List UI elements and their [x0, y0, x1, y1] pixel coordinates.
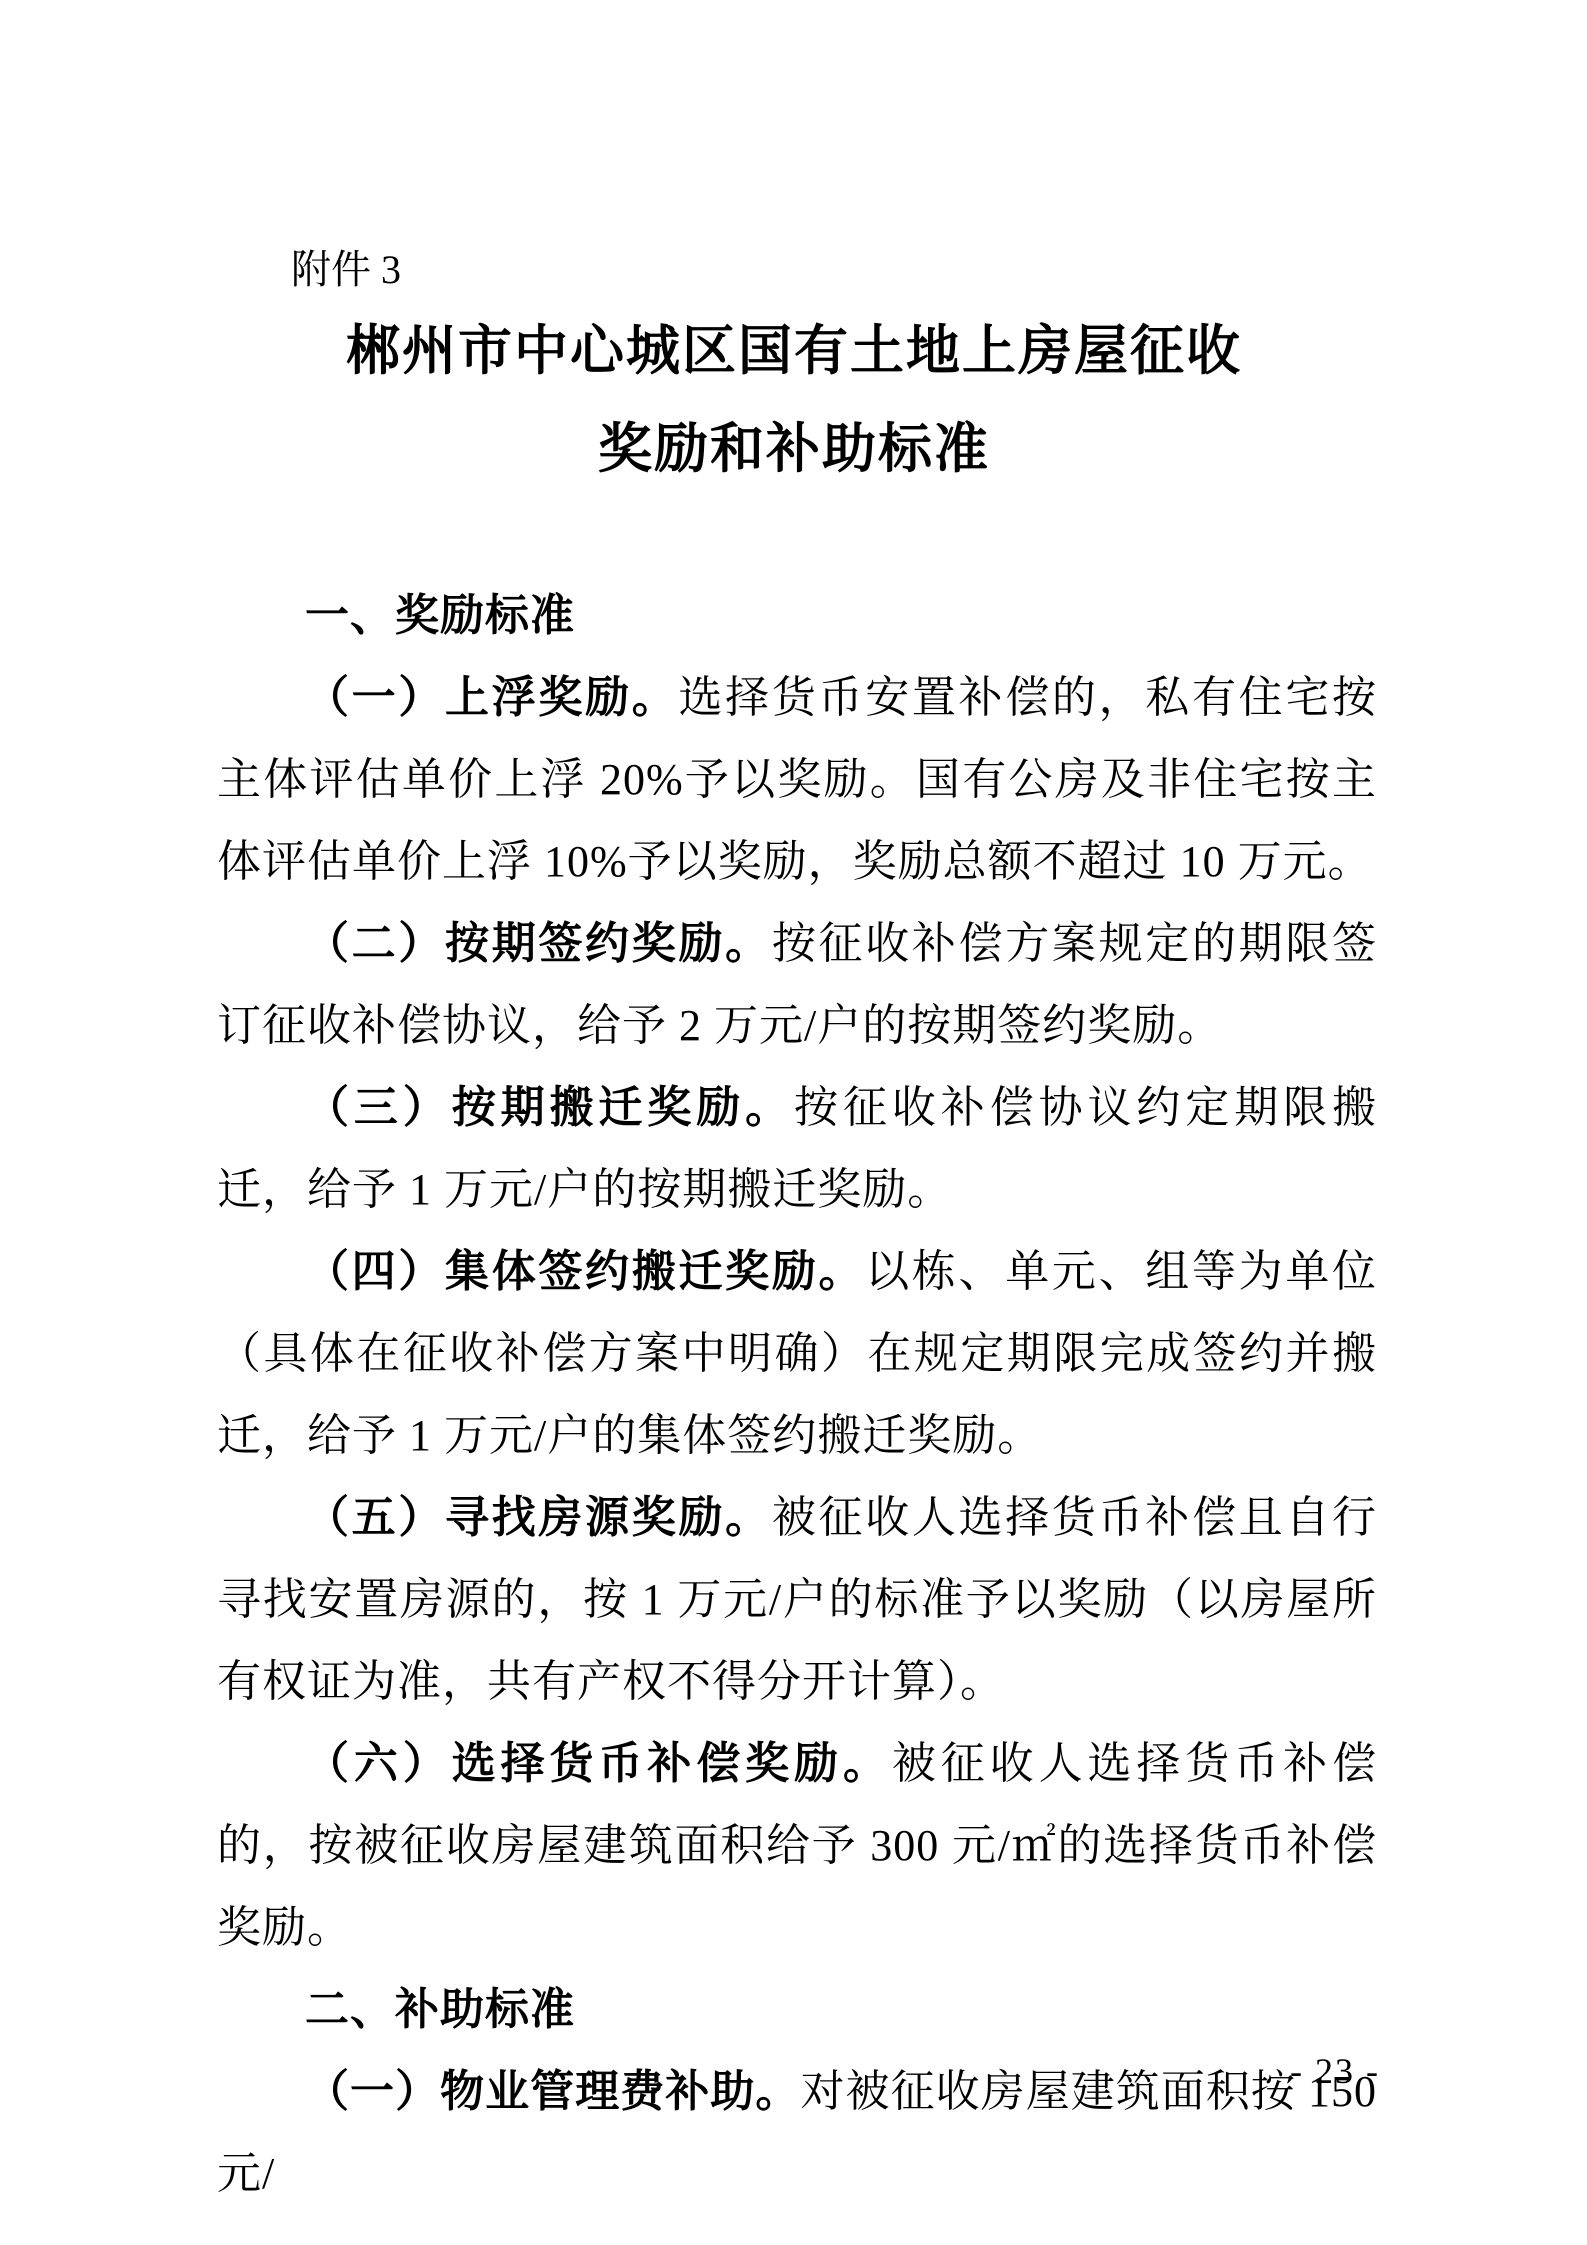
page-number: - 23 -	[1290, 2048, 1380, 2094]
paragraph-reward-2: （二）按期签约奖励。按征收补偿方案规定的期限签订征收补偿协议，给予 2 万元/户…	[217, 903, 1377, 1067]
paragraph-reward-4: （四）集体签约搬迁奖励。以栋、单元、组等为单位（具体在征收补偿方案中明确）在规定…	[217, 1231, 1377, 1477]
paragraph-lead: （三）按期搬迁奖励。	[305, 1083, 794, 1132]
paragraph-subsidy-1: （一）物业管理费补助。对被征收房屋建筑面积按 150 元/	[217, 2051, 1377, 2215]
attachment-label: 附件 3	[291, 244, 401, 296]
paragraph-lead: （四）集体签约搬迁奖励。	[305, 1247, 865, 1296]
document-page: 附件 3 郴州市中心城区国有土地上房屋征收 奖励和补助标准 一、奖励标准 （一）…	[0, 0, 1587, 2245]
paragraph-reward-6: （六）选择货币补偿奖励。被征收人选择货币补偿的，按被征收房屋建筑面积给予 300…	[217, 1723, 1377, 1969]
paragraph-lead: （六）选择货币补偿奖励。	[305, 1739, 892, 1788]
paragraph-lead: （一）物业管理费补助。	[305, 2067, 800, 2116]
paragraph-reward-3: （三）按期搬迁奖励。按征收补偿协议约定期限搬迁，给予 1 万元/户的按期搬迁奖励…	[217, 1067, 1377, 1231]
section-heading-subsidies: 二、补助标准	[217, 1969, 1377, 2051]
document-body: 一、奖励标准 （一）上浮奖励。选择货币安置补偿的，私有住宅按主体评估单价上浮 2…	[217, 575, 1377, 2215]
paragraph-reward-5: （五）寻找房源奖励。被征收人选择货币补偿且自行寻找安置房源的，按 1 万元/户的…	[217, 1477, 1377, 1723]
document-title-line-2: 奖励和补助标准	[214, 400, 1374, 498]
paragraph-lead: （五）寻找房源奖励。	[305, 1493, 772, 1542]
paragraph-lead: （二）按期签约奖励。	[305, 919, 772, 968]
document-title-line-1: 郴州市中心城区国有土地上房屋征收	[214, 302, 1374, 400]
section-heading-rewards: 一、奖励标准	[217, 575, 1377, 657]
paragraph-lead: （一）上浮奖励。	[305, 673, 678, 722]
document-title: 郴州市中心城区国有土地上房屋征收 奖励和补助标准	[214, 302, 1374, 498]
paragraph-reward-1: （一）上浮奖励。选择货币安置补偿的，私有住宅按主体评估单价上浮 20%予以奖励。…	[217, 657, 1377, 903]
